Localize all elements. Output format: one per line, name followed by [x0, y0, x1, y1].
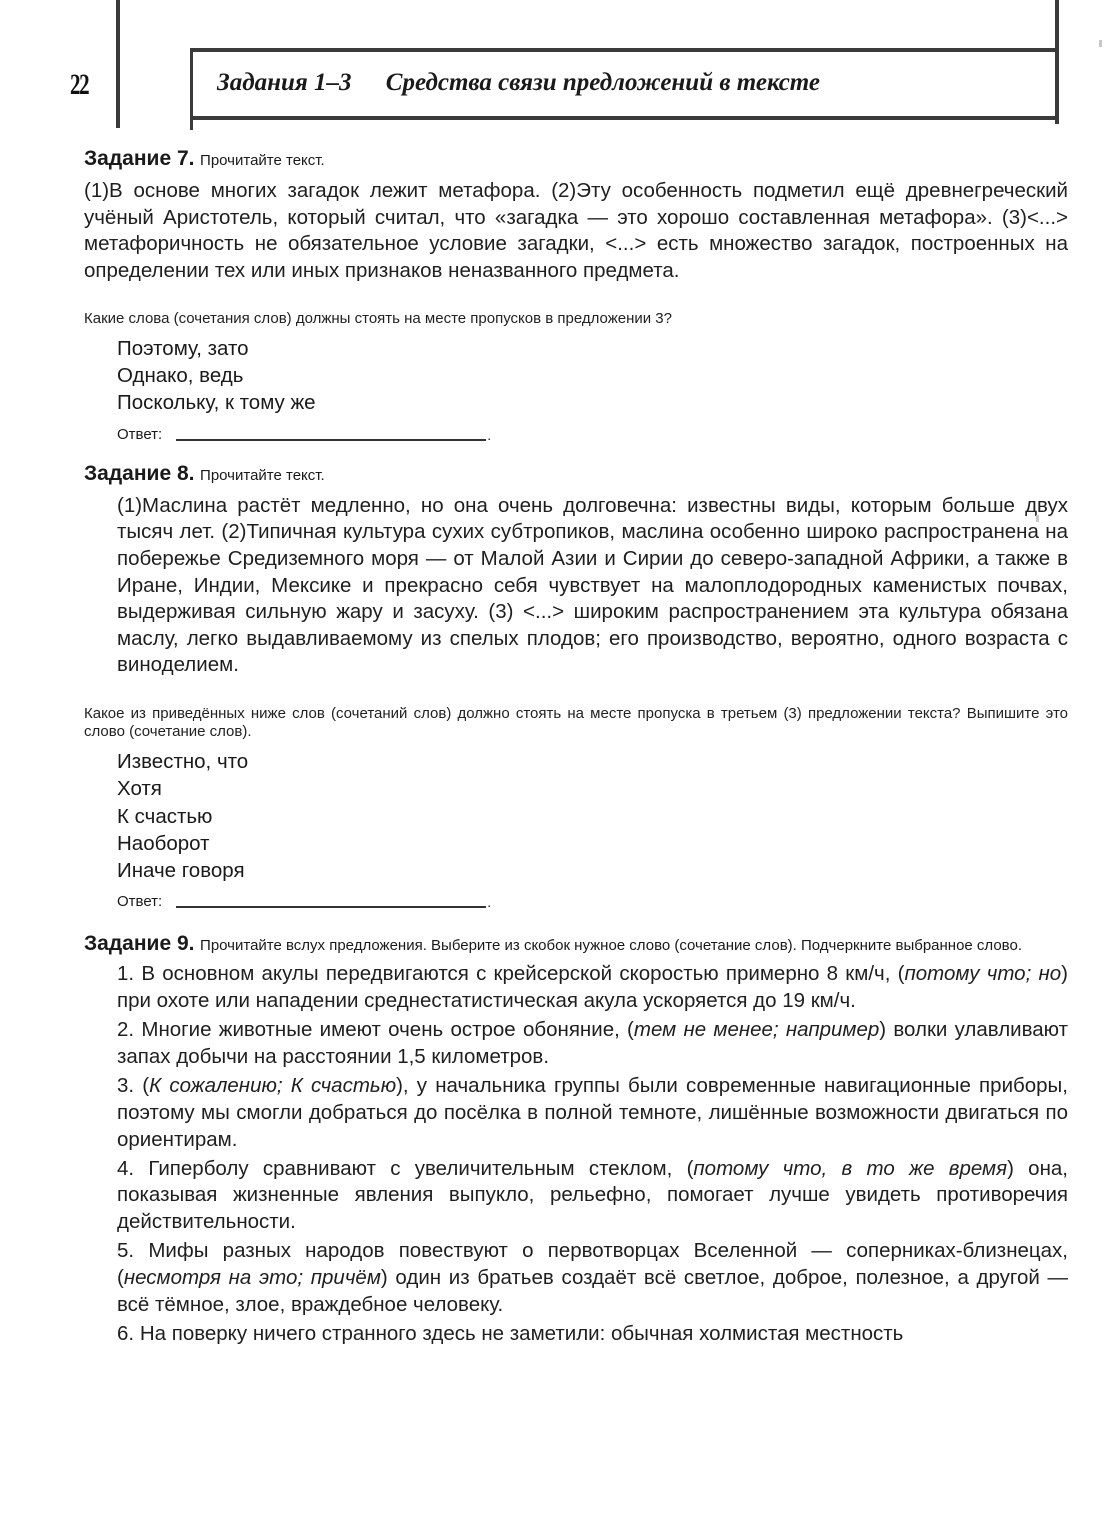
item-number: 5. [117, 1239, 134, 1262]
answer-option: Поэтому, зато [117, 335, 1068, 362]
answer-options: Поэтому, зато Однако, ведь Поскольку, к … [117, 335, 1068, 417]
task-passage: (1)В основе многих загадок лежит метафор… [84, 178, 1068, 284]
task-question: Какое из приведённых ниже слов (сочетани… [84, 705, 1068, 742]
answer-label: Ответ: [117, 426, 162, 443]
item-text-before: Многие животные имеют очень острое обоня… [141, 1018, 634, 1041]
item-number: 6. [117, 1322, 134, 1345]
answer-field[interactable] [176, 905, 486, 908]
item-text-before: На поверку ничего странного здесь не зам… [140, 1322, 904, 1345]
answer-label: Ответ: [117, 893, 162, 910]
section-title-text: Средства связи предложений в тексте [386, 69, 820, 96]
section-header: Задания 1–3 Средства связи предложений в… [190, 48, 1055, 120]
sentence-item: 1. В основном акулы передвигаются с крей… [117, 961, 1068, 1015]
section-range: Задания 1–3 [217, 69, 352, 96]
sentence-item: 3. (К сожалению; К счастью), у начальник… [117, 1073, 1068, 1153]
scan-speck [1099, 40, 1102, 47]
task-instruction: Прочитайте вслух предложения. Выберите и… [200, 937, 1022, 954]
task-instruction: Прочитайте текст. [200, 467, 325, 484]
sentence-item: 6. На поверку ничего странного здесь не … [117, 1321, 1068, 1348]
item-choice[interactable]: несмотря на это; причём [124, 1266, 381, 1289]
page-content: Задание 7. Прочитайте текст. (1)В основе… [84, 146, 1068, 1350]
item-choice[interactable]: К сожалению; К счастью [149, 1074, 396, 1097]
item-number: 3. [117, 1074, 134, 1097]
answer-row: Ответ: . [117, 886, 1068, 910]
task-label: Задание 8. [84, 462, 194, 485]
sentence-item: 2. Многие животные имеют очень острое об… [117, 1017, 1068, 1071]
task-label: Задание 9. [84, 932, 194, 955]
task-question: Какие слова (сочетания слов) должны стоя… [84, 310, 1068, 329]
task-instruction: Прочитайте текст. [200, 152, 325, 169]
task-heading: Задание 9. Прочитайте вслух предложения.… [84, 934, 1068, 955]
answer-options: Известно, что Хотя К счастью Наоборот Ин… [117, 748, 1068, 884]
margin-rule-right [1055, 0, 1059, 124]
task-9: Задание 9. Прочитайте вслух предложения.… [84, 934, 1068, 1347]
answer-option: Хотя [117, 775, 1068, 802]
item-number: 1. [117, 962, 134, 985]
task-passage: (1)Маслина растёт медленно, но она очень… [117, 493, 1068, 679]
item-choice[interactable]: тем не менее; например [634, 1018, 879, 1041]
task-7: Задание 7. Прочитайте текст. (1)В основе… [84, 146, 1068, 443]
answer-option: К счастью [117, 803, 1068, 830]
task-heading: Задание 7. Прочитайте текст. [84, 146, 1068, 174]
item-text-before: В основном акулы передвигаются с крейсер… [141, 962, 904, 985]
scan-speck [1036, 515, 1039, 522]
answer-field[interactable] [176, 438, 486, 441]
task-heading: Задание 8. Прочитайте текст. [84, 461, 1068, 489]
answer-option: Иначе говоря [117, 857, 1068, 884]
section-title: Задания 1–3 Средства связи предложений в… [217, 69, 820, 97]
item-text-before: Гиперболу сравнивают с увеличительным ст… [148, 1157, 693, 1180]
page-number: 22 [70, 68, 88, 102]
answer-period: . [487, 894, 491, 910]
answer-option: Наоборот [117, 830, 1068, 857]
sentence-list: 1. В основном акулы передвигаются с крей… [117, 961, 1068, 1347]
margin-rule-left [116, 0, 120, 128]
task-8: Задание 8. Прочитайте текст. (1)Маслина … [84, 461, 1068, 911]
task-label: Задание 7. [84, 147, 194, 170]
item-number: 4. [117, 1157, 134, 1180]
sentence-item: 5. Мифы разных народов повествуют о перв… [117, 1238, 1068, 1318]
item-number: 2. [117, 1018, 134, 1041]
item-choice[interactable]: потому что; но [904, 962, 1061, 985]
answer-row: Ответ: . [117, 419, 1068, 443]
answer-option: Поскольку, к тому же [117, 389, 1068, 416]
answer-option: Однако, ведь [117, 362, 1068, 389]
answer-option: Известно, что [117, 748, 1068, 775]
item-choice[interactable]: потому что, в то же время [693, 1157, 1007, 1180]
answer-period: . [487, 427, 491, 443]
sentence-item: 4. Гиперболу сравнивают с увеличительным… [117, 1156, 1068, 1236]
